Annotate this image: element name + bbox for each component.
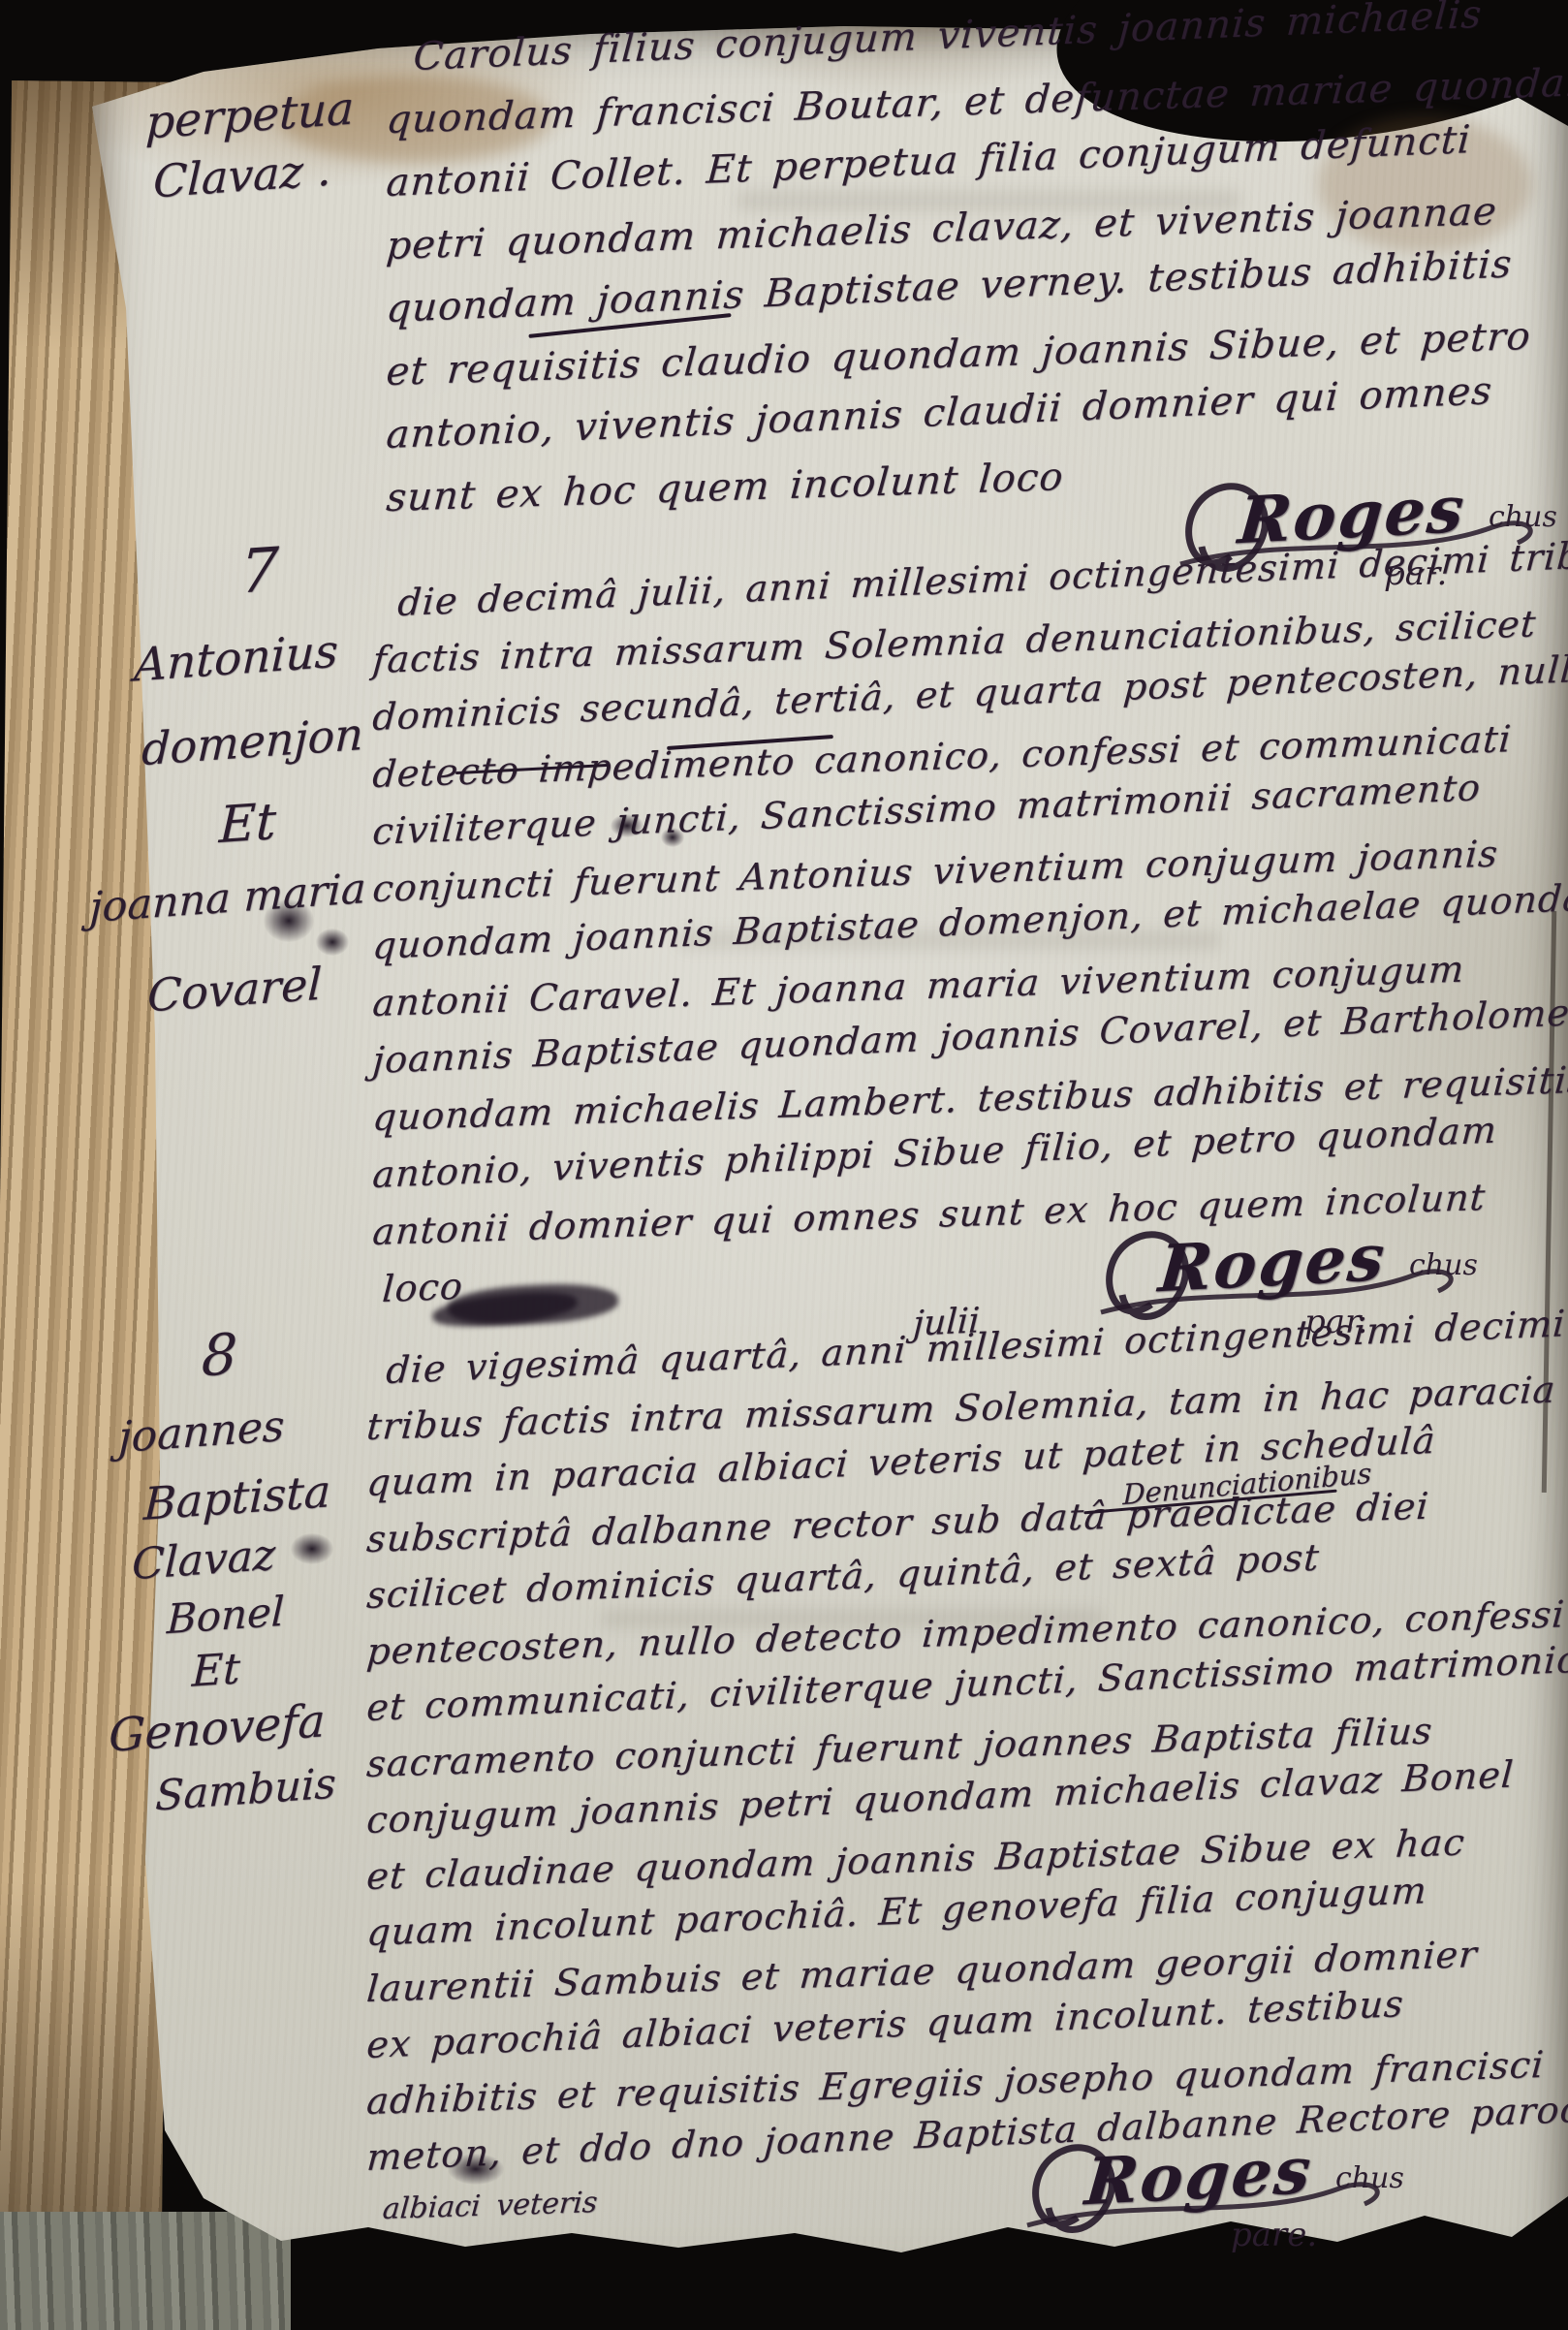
ink-blot bbox=[316, 929, 349, 956]
register-page-photo: perpetua Clavaz . Carolus filius conjugu… bbox=[0, 0, 1568, 2330]
signature-tail: chus bbox=[1335, 2161, 1404, 2195]
signature-tail: chus bbox=[1489, 500, 1557, 534]
ink-blot bbox=[291, 1533, 333, 1564]
ink-blot bbox=[611, 814, 643, 837]
priest-signature: Roges chus pare. bbox=[1058, 2132, 1504, 2287]
ink-blot bbox=[448, 2154, 504, 2185]
signature-tail: chus bbox=[1409, 1248, 1478, 1282]
entry-number: 7 bbox=[239, 533, 280, 607]
margin-name-entry2-line: Et bbox=[218, 793, 277, 855]
bottom-page-edges bbox=[0, 2212, 291, 2330]
ink-blot bbox=[264, 899, 314, 942]
signature-role: pare. bbox=[1231, 2216, 1317, 2254]
signature-name: Roges bbox=[1082, 2132, 1316, 2220]
margin-name-entry3-line: Bonel bbox=[166, 1588, 285, 1644]
margin-name-entry3-line: Clavaz bbox=[131, 1530, 276, 1590]
ink-blot bbox=[661, 828, 684, 847]
entry-number: 8 bbox=[201, 1321, 238, 1390]
signature-name: Roges bbox=[1156, 1219, 1390, 1307]
margin-name-entry3-line: Et bbox=[191, 1644, 240, 1697]
record-entry-3-body: die vigesimâ quartâ, anni millesimi octi… bbox=[366, 1349, 1568, 2249]
